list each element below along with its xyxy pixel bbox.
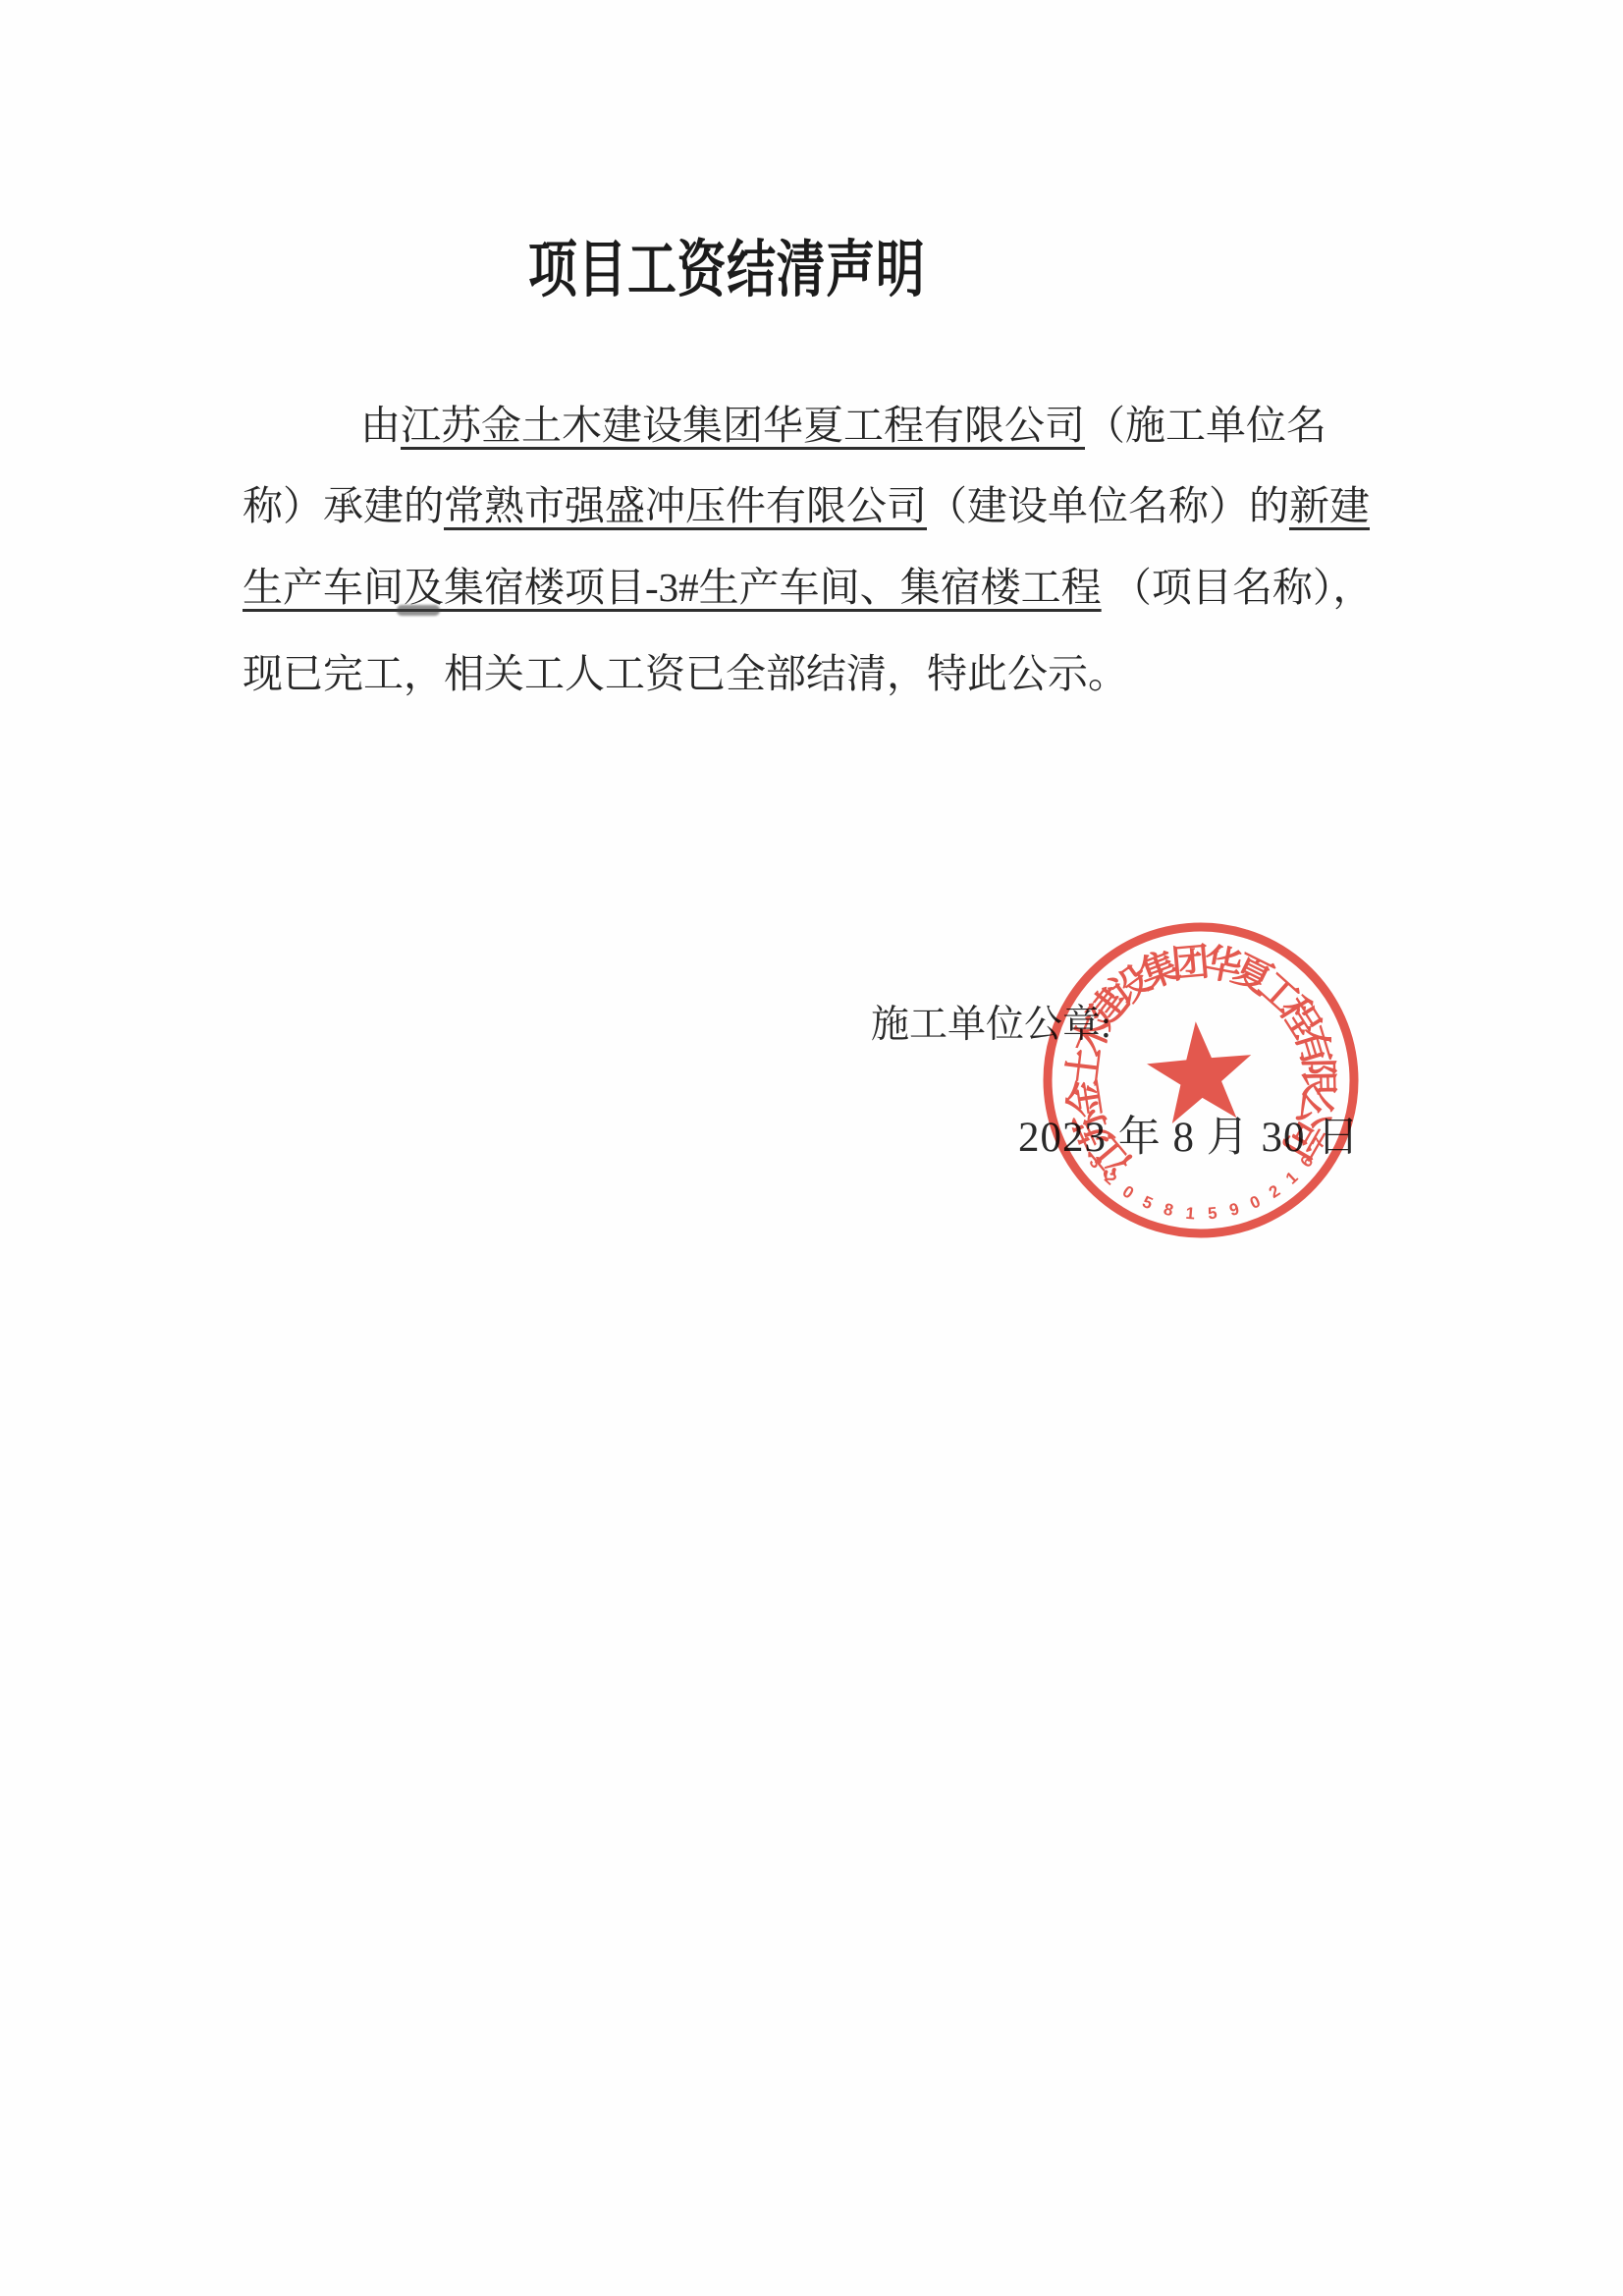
svg-text:0: 0	[1247, 1192, 1263, 1213]
company-seal-stamp: 江苏金土木建设集团华夏工程有限公司 3205815902167	[1009, 889, 1392, 1272]
svg-text:0: 0	[1119, 1182, 1137, 1203]
svg-text:5: 5	[1140, 1192, 1156, 1213]
underlined-project-name: 生产车间及集宿楼项目-3#生产车间、集宿楼工程	[243, 565, 1102, 610]
svg-text:1: 1	[1282, 1168, 1302, 1187]
body-line-1: 由江苏金土木建设集团华夏工程有限公司（施工单位名	[360, 403, 1326, 449]
text-segment: 由	[360, 403, 401, 448]
svg-text:1: 1	[1185, 1204, 1196, 1224]
ink-smudge	[397, 605, 440, 616]
body-line-2: 称）承建的常熟市强盛冲压件有限公司（建设单位名称）的新建	[243, 483, 1370, 529]
svg-text:5: 5	[1207, 1204, 1217, 1224]
text-segment: 称）承建的	[243, 483, 444, 528]
svg-text:2: 2	[1266, 1181, 1283, 1202]
text-segment: （建设单位名称）的	[927, 483, 1289, 528]
text-segment: （项目名称），	[1102, 565, 1374, 610]
underlined-owner-company: 常熟市强盛冲压件有限公司	[444, 483, 927, 528]
document-page: 项目工资结清声明 由江苏金土木建设集团华夏工程有限公司（施工单位名 称）承建的常…	[0, 0, 1623, 2296]
text-segment: 现已完工，相关工人工资已全部结清，特此公示。	[243, 651, 1128, 696]
text-segment: （施工单位名	[1085, 403, 1326, 448]
underlined-project-name-start: 新建	[1289, 483, 1370, 528]
svg-text:8: 8	[1162, 1200, 1175, 1221]
svg-text:9: 9	[1227, 1199, 1241, 1220]
underlined-construction-company: 江苏金土木建设集团华夏工程有限公司	[401, 403, 1085, 448]
seal-star-icon	[1144, 1017, 1257, 1125]
body-line-4: 现已完工，相关工人工资已全部结清，特此公示。	[243, 651, 1128, 697]
page-title: 项目工资结清声明	[528, 220, 925, 309]
